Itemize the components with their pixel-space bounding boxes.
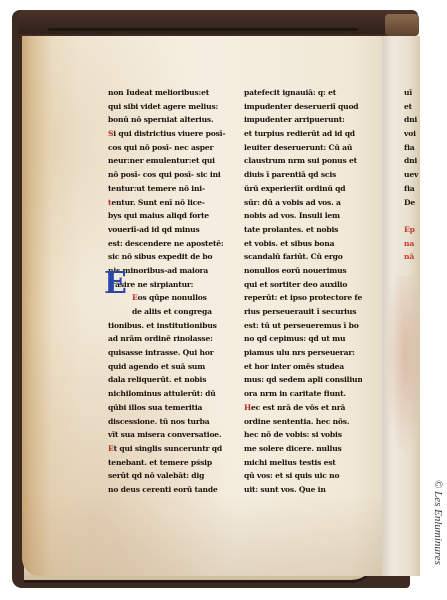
text-line: bys qui maius aliqd forte bbox=[108, 209, 226, 223]
text-column-recto-fragment: uīetdnivoifiadniuevfiaDeEpnanā bbox=[404, 86, 420, 264]
text-line: impudenter arripuerunt: bbox=[244, 113, 362, 127]
text-line: neur:ner emulentur:et qui bbox=[108, 154, 226, 168]
binding-strap bbox=[48, 28, 358, 31]
clasp bbox=[385, 14, 419, 36]
text-line: me solere dicere. nullus bbox=[244, 442, 362, 456]
rubric-line: Ep bbox=[404, 223, 420, 237]
text-line: Si qui districtius viuere posī- bbox=[108, 127, 226, 141]
text-line: qui sibi videt agere melius: bbox=[108, 100, 226, 114]
text-line: nichilominus attulerūt: dū bbox=[108, 387, 226, 401]
text-line: et vobis. et sibus bona bbox=[244, 237, 362, 251]
text-line: ordine sententia. hec nōs. bbox=[244, 415, 362, 429]
text-line: nobis ad vos. Insuli lem bbox=[244, 209, 362, 223]
text-line: leuiter deseruerunt: Cū aū bbox=[244, 141, 362, 155]
text-line: diuis ī parentiā qd scis bbox=[244, 168, 362, 182]
text-line: hec nō de vobis: si vobis bbox=[244, 428, 362, 442]
text-line: reperūt: et ipso protectore fe bbox=[244, 291, 362, 305]
rubric-line: nā bbox=[404, 250, 420, 264]
text-line: ad nrām ordinē rinolasse: bbox=[108, 332, 226, 346]
text-line: mus: qd sedem apli consilium bbox=[244, 373, 362, 387]
text-line: uit: sunt vos. Que in bbox=[244, 483, 362, 497]
text-line: michi melius testis est bbox=[244, 456, 362, 470]
text-column-right: patefecit ignauiā: q: etimpudenter deser… bbox=[244, 86, 362, 497]
text-line: nō posī- cos qui posī- sic ini bbox=[108, 168, 226, 182]
text-line: piamus ulu nrs perseuerar: bbox=[244, 346, 362, 360]
text-line: no qd cepimus: qd ut mu bbox=[244, 332, 362, 346]
text-line: de aliis et congrega bbox=[108, 305, 226, 319]
text-line: qū vos: et si quis uic no bbox=[244, 469, 362, 483]
text-line: et turpius redierūt ad id qd bbox=[244, 127, 362, 141]
text-line: tionibus. et institutionibus bbox=[108, 319, 226, 333]
text-line: sic nō sibus expedit de bo bbox=[108, 250, 226, 264]
text-line: quid agendo et suā sum bbox=[108, 360, 226, 374]
text-line: et bbox=[404, 100, 420, 114]
decorated-initial: E bbox=[104, 268, 132, 300]
text-line: dni bbox=[404, 113, 420, 127]
text-line: patefecit ignauiā: q: et bbox=[244, 86, 362, 100]
text-line: et hor inter omēs studea bbox=[244, 360, 362, 374]
text-line: qūbi illos sua temeritia bbox=[108, 401, 226, 415]
text-line: cos qui nō posī- nec asper bbox=[108, 141, 226, 155]
credit-text: © Les Enluminures bbox=[432, 480, 444, 565]
text-line: fia bbox=[404, 182, 420, 196]
text-line: discessione. tū nos turba bbox=[108, 415, 226, 429]
text-line: tentur:ut temere nō ini- bbox=[108, 182, 226, 196]
manuscript-photo: non Iudeat melioribus:etqui sibi videt a… bbox=[0, 0, 447, 600]
text-line: uev bbox=[404, 168, 420, 182]
text-line: voi bbox=[404, 127, 420, 141]
text-line: sūr: dū a vobis ad vos. a bbox=[244, 196, 362, 210]
text-line: est: descendere ne apostetē: bbox=[108, 237, 226, 251]
text-line: tate prolantes. et nobis bbox=[244, 223, 362, 237]
text-line: tenebant. et temere pśsip bbox=[108, 456, 226, 470]
text-line: no deus cerenti eorū tande bbox=[108, 483, 226, 497]
text-line: claustrum nrm sui ponus et bbox=[244, 154, 362, 168]
text-line: De bbox=[404, 196, 420, 210]
line-gap bbox=[404, 209, 420, 223]
text-line: serūt qd nō valebāt: dig bbox=[108, 469, 226, 483]
text-line: fia bbox=[404, 141, 420, 155]
text-line: nonullos eorū nouerimus bbox=[244, 264, 362, 278]
text-line: rius perseuerauit ī securius bbox=[244, 305, 362, 319]
photo-credit: © Les Enluminures bbox=[430, 480, 446, 590]
text-line: uī bbox=[404, 86, 420, 100]
text-line: Et qui singlis sunceruntr qd bbox=[108, 442, 226, 456]
text-line: qui et sortiter deo auxilio bbox=[244, 278, 362, 292]
text-line: ora nrm in caritate fiunt. bbox=[244, 387, 362, 401]
text-line: dni bbox=[404, 154, 420, 168]
text-line: voueriī-ad id qd minus bbox=[108, 223, 226, 237]
text-line: tentur. Sunt enī nō lice- bbox=[108, 196, 226, 210]
text-line: Hec est nrā de vōs et nrā bbox=[244, 401, 362, 415]
rubric-line: na bbox=[404, 237, 420, 251]
text-line: est: tū ut perseueremus ī bo bbox=[244, 319, 362, 333]
text-line: quisasse intrasse. Qui hor bbox=[108, 346, 226, 360]
text-line: dala reliquerūt. et nobis bbox=[108, 373, 226, 387]
text-line: ūrū experieriīt ordinū qd bbox=[244, 182, 362, 196]
text-line: vīt sua misera conversatioe. bbox=[108, 428, 226, 442]
text-line: impudenter deserueriī quod bbox=[244, 100, 362, 114]
text-line: bonū nō sperniat alterius. bbox=[108, 113, 226, 127]
text-line: scandalū fariūt. Cū ergo bbox=[244, 250, 362, 264]
text-line: non Iudeat melioribus:et bbox=[108, 86, 226, 100]
